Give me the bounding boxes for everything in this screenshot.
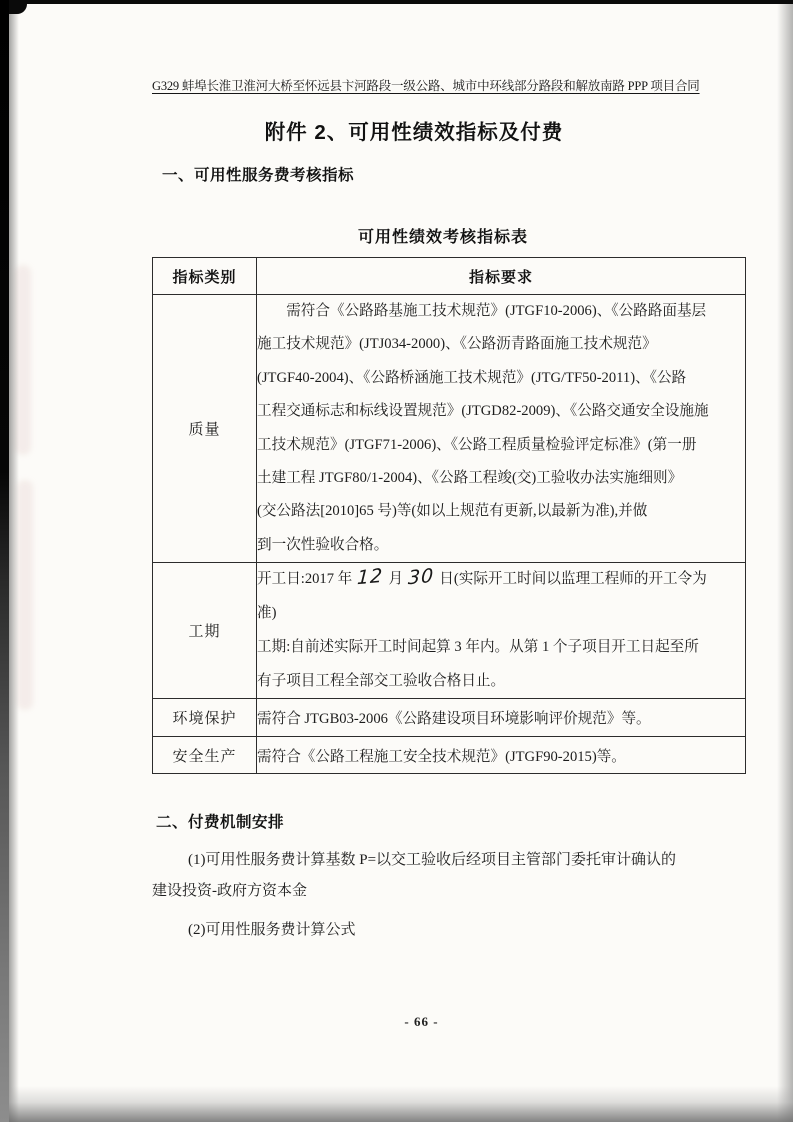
section1-heading: 一、可用性服务费考核指标 bbox=[152, 165, 746, 187]
requirement-line: 需符合《公路路基施工技术规范》(JTGF10-2006)、《公路路面基层 bbox=[257, 295, 745, 328]
requirement-line-with-handwriting: 开工日:2017 年12月30日(实际开工时间以监理工程师的开工令为 bbox=[257, 563, 745, 597]
payment-paragraph2: (2)可用性服务费计算公式 bbox=[152, 915, 746, 946]
requirement-line: 需符合《公路工程施工安全技术规范》(JTGF90-2015)等。 bbox=[257, 745, 745, 766]
requirement-schedule: 开工日:2017 年12月30日(实际开工时间以监理工程师的开工令为 准) 工期… bbox=[257, 563, 746, 699]
requirement-safety: 需符合《公路工程施工安全技术规范》(JTGF90-2015)等。 bbox=[257, 737, 746, 774]
scan-left-edge-fade bbox=[9, 0, 19, 1122]
column-header-category: 指标类别 bbox=[153, 258, 257, 295]
schedule-start-suffix: 日(实际开工时间以监理工程师的开工令为 bbox=[439, 571, 707, 587]
document-header-title: G329 蚌埠长淮卫淮河大桥至怀远县卞河路段一级公路、城市中环线部分路段和解放南… bbox=[152, 76, 746, 94]
availability-kpi-table: 指标类别 指标要求 质量 需符合《公路路基施工技术规范》(JTGF10-2006… bbox=[152, 257, 746, 774]
requirement-line: 工期:自前述实际开工时间起算 3 年内。从第 1 个子项目开工日起至所 bbox=[257, 631, 745, 665]
scan-bottom-edge bbox=[0, 1086, 793, 1122]
category-environment: 环境保护 bbox=[153, 699, 257, 737]
attachment-title: 附件 2、可用性绩效指标及付费 bbox=[152, 118, 746, 148]
requirement-environment: 需符合 JTGB03-2006《公路建设项目环境影响评价规范》等。 bbox=[257, 699, 746, 737]
requirement-line: 工程交通标志和标线设置规范》(JTGD82-2009)、《公路交通安全设施施 bbox=[257, 395, 745, 428]
requirement-line: 准) bbox=[257, 597, 745, 631]
requirement-line: 施工技术规范》(JTJ034-2000)、《公路沥青路面施工技术规范》 bbox=[257, 328, 745, 361]
table-row: 工期 开工日:2017 年12月30日(实际开工时间以监理工程师的开工令为 准)… bbox=[153, 563, 746, 699]
table-row: 环境保护 需符合 JTGB03-2006《公路建设项目环境影响评价规范》等。 bbox=[153, 699, 746, 737]
ink-bleedthrough-mark bbox=[17, 480, 33, 710]
requirement-quality: 需符合《公路路基施工技术规范》(JTGF10-2006)、《公路路面基层 施工技… bbox=[257, 295, 746, 563]
payment-paragraph1-line2: 建设投资-政府方资本金 bbox=[152, 876, 746, 907]
category-safety: 安全生产 bbox=[153, 737, 257, 774]
requirement-line: 需符合 JTGB03-2006《公路建设项目环境影响评价规范》等。 bbox=[257, 707, 745, 728]
requirement-line: (交公路法[2010]65 号)等(如以上规范有更新,以最新为准),并做 bbox=[257, 495, 745, 528]
kpi-table-title: 可用性绩效考核指标表 bbox=[152, 227, 746, 248]
page-content: G329 蚌埠长淮卫淮河大桥至怀远县卞河路段一级公路、城市中环线部分路段和解放南… bbox=[152, 0, 746, 946]
requirement-line: (JTGF40-2004)、《公路桥涵施工技术规范》(JTG/TF50-2011… bbox=[257, 362, 745, 395]
scan-left-edge bbox=[0, 0, 9, 1122]
column-header-requirement: 指标要求 bbox=[257, 258, 746, 295]
requirement-line: 到一次性验收合格。 bbox=[257, 529, 745, 562]
requirement-line: 土建工程 JTGF80/1-2004)、《公路工程竣(交)工验收办法实施细则》 bbox=[257, 462, 745, 495]
category-quality: 质量 bbox=[153, 295, 257, 563]
handwritten-month: 12 bbox=[357, 567, 384, 588]
category-schedule: 工期 bbox=[153, 563, 257, 699]
requirement-line: 工技术规范》(JTGF71-2006)、《公路工程质量检验评定标准》(第一册 bbox=[257, 429, 745, 462]
table-row: 安全生产 需符合《公路工程施工安全技术规范》(JTGF90-2015)等。 bbox=[153, 737, 746, 774]
handwritten-day: 30 bbox=[408, 567, 435, 588]
table-row: 质量 需符合《公路路基施工技术规范》(JTGF10-2006)、《公路路面基层 … bbox=[153, 295, 746, 563]
requirement-line: 有子项目工程全部交工验收合格日止。 bbox=[257, 665, 745, 699]
scan-top-edge bbox=[0, 0, 793, 4]
page-number: - 66 - bbox=[0, 1014, 793, 1030]
schedule-start-mid: 月 bbox=[388, 571, 403, 587]
scan-right-edge bbox=[777, 0, 793, 1122]
payment-paragraph1-line1: (1)可用性服务费计算基数 P=以交工验收后经项目主管部门委托审计确认的 bbox=[152, 845, 746, 876]
scanned-contract-page: G329 蚌埠长淮卫淮河大桥至怀远县卞河路段一级公路、城市中环线部分路段和解放南… bbox=[0, 0, 793, 1122]
table-header-row: 指标类别 指标要求 bbox=[153, 258, 746, 295]
section2-heading: 二、付费机制安排 bbox=[152, 812, 746, 834]
schedule-start-prefix: 开工日:2017 年 bbox=[257, 571, 352, 587]
